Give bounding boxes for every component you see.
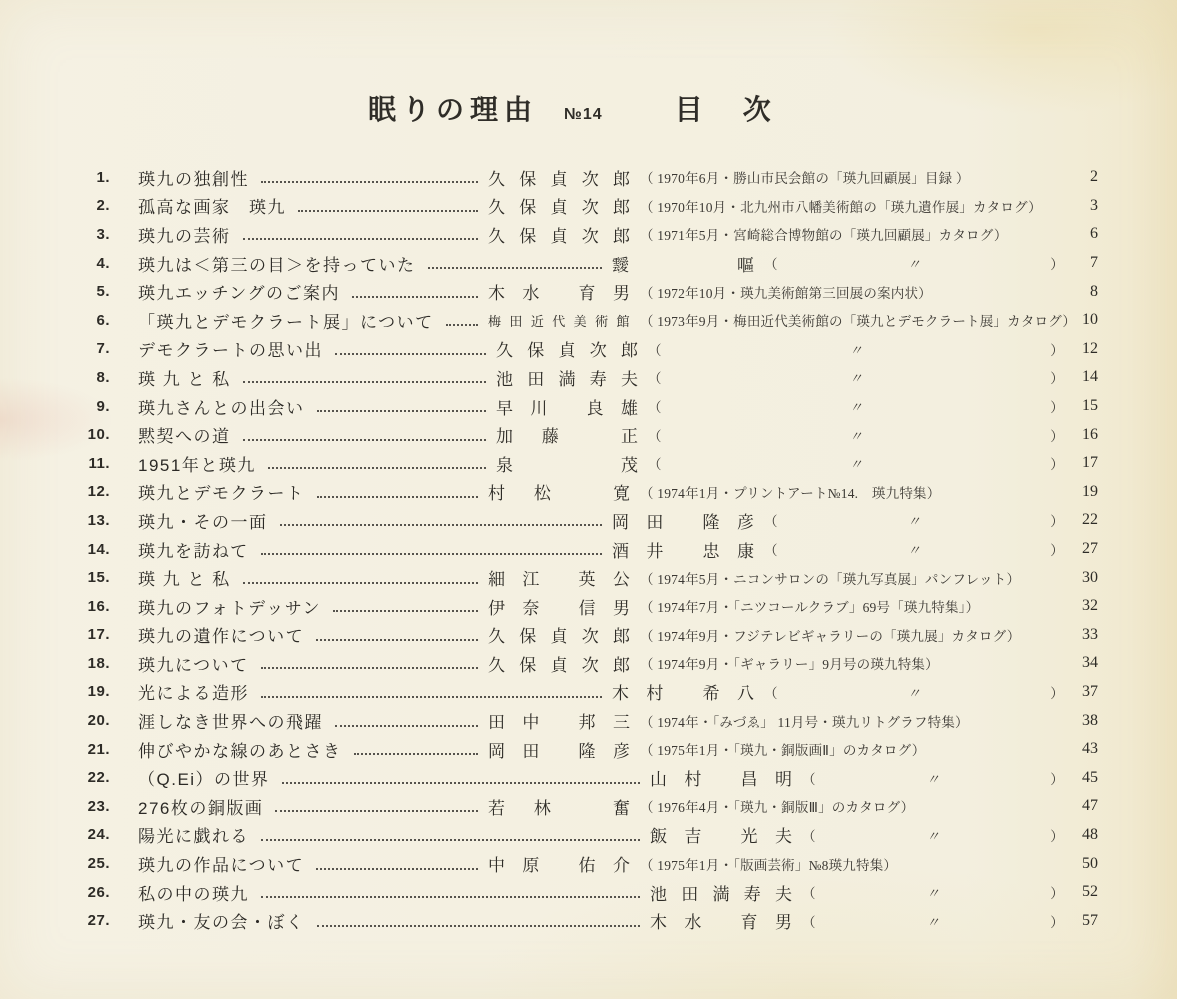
item-title: 瑛九の芸術 bbox=[138, 222, 231, 247]
item-title: 瑛九の遺作について bbox=[138, 622, 304, 647]
toc-row: 5. 瑛九エッチングのご案内 木水 育男 （ 1972年10月・瑛九美術館第三回… bbox=[66, 277, 1098, 306]
series-title: 眠りの理由 bbox=[368, 88, 538, 128]
item-number: 20. bbox=[66, 712, 110, 729]
item-note: （〃） bbox=[648, 339, 1064, 359]
item-number: 23. bbox=[66, 798, 110, 815]
item-number: 12. bbox=[66, 483, 110, 500]
issue-number: №14 bbox=[564, 106, 603, 124]
toc-row: 14. 瑛九を訪ねて 酒井 忠康 （〃） 27 bbox=[66, 535, 1098, 564]
item-author: 細江 英公 bbox=[488, 565, 630, 590]
dotted-leader bbox=[317, 925, 641, 927]
item-note: （〃） bbox=[648, 453, 1064, 473]
item-note: （ 1972年10月・瑛九美術館第三回展の案内状） bbox=[640, 282, 1064, 302]
toc-row: 13. 瑛九・その一面 岡田 隆彦 （〃） 22 bbox=[66, 506, 1098, 535]
scanned-toc-page: 眠りの理由 №14 目 次 1. 瑛九の独創性 久保貞次郎 （ 1970年6月・… bbox=[0, 0, 1177, 999]
item-note: （ 1970年6月・勝山市民会館の「瑛九回顧展」目録 ） bbox=[640, 167, 1064, 187]
item-page-number: 27 bbox=[1064, 540, 1098, 558]
item-note: （ 1974年・「みづゑ」 11月号・瑛九リトグラフ特集） bbox=[640, 711, 1064, 731]
item-note: （〃） bbox=[764, 682, 1064, 702]
item-page-number: 16 bbox=[1064, 426, 1098, 444]
dotted-leader bbox=[428, 267, 603, 269]
item-title: 瑛九の作品について bbox=[138, 851, 304, 876]
item-page-number: 47 bbox=[1064, 797, 1098, 815]
item-number: 18. bbox=[66, 655, 110, 672]
item-author: 梅田近代美術館 bbox=[488, 311, 630, 330]
item-note: （ 1976年4月・「瑛九・銅版Ⅲ」のカタログ） bbox=[640, 796, 1064, 816]
toc-row: 23. 276枚の銅版画 若林 奮 （ 1976年4月・「瑛九・銅版Ⅲ」のカタロ… bbox=[66, 792, 1098, 821]
toc-row: 1. 瑛九の独創性 久保貞次郎 （ 1970年6月・勝山市民会館の「瑛九回顧展」… bbox=[66, 163, 1098, 192]
dotted-leader bbox=[333, 610, 478, 612]
item-title: 瑛九・その一面 bbox=[138, 508, 268, 533]
item-number: 17. bbox=[66, 626, 110, 643]
item-note: （ 1971年5月・宮崎総合博物館の「瑛九回顧展」カタログ） bbox=[640, 224, 1064, 244]
dotted-leader bbox=[316, 868, 478, 870]
item-author: 泉 茂 bbox=[496, 451, 638, 476]
item-number: 4. bbox=[66, 255, 110, 272]
dotted-leader bbox=[261, 696, 602, 698]
item-title: 瑛九のフォトデッサン bbox=[138, 594, 321, 619]
item-number: 7. bbox=[66, 340, 110, 357]
item-number: 9. bbox=[66, 398, 110, 415]
item-page-number: 12 bbox=[1064, 340, 1098, 358]
dotted-leader bbox=[261, 839, 640, 841]
item-number: 2. bbox=[66, 197, 110, 214]
item-title: 孤高な画家 瑛九 bbox=[138, 193, 286, 218]
item-note: （ 1974年7月・「ニツコールクラブ」69号「瑛九特集」） bbox=[640, 596, 1064, 616]
toc-row: 12. 瑛九とデモクラート 村松 寛 （ 1974年1月・プリントアート№14.… bbox=[66, 478, 1098, 507]
item-title: 瑛九を訪ねて bbox=[138, 537, 249, 562]
dotted-leader bbox=[446, 324, 478, 326]
toc-row: 8. 瑛 九 と 私 池田満寿夫 （〃） 14 bbox=[66, 363, 1098, 392]
dotted-leader bbox=[298, 210, 478, 212]
item-page-number: 57 bbox=[1064, 912, 1098, 930]
dotted-leader bbox=[280, 524, 603, 526]
item-note: （〃） bbox=[802, 768, 1064, 788]
item-note: （ 1974年9月・フジテレビギャラリーの「瑛九展」カタログ） bbox=[640, 625, 1064, 645]
item-page-number: 45 bbox=[1064, 769, 1098, 787]
toc-row: 27. 瑛九・友の会・ぼく 木水 育男 （〃） 57 bbox=[66, 906, 1098, 935]
toc-row: 26. 私の中の瑛九 池田満寿夫 （〃） 52 bbox=[66, 878, 1098, 907]
item-author: 飯吉 光夫 bbox=[650, 822, 792, 847]
item-page-number: 34 bbox=[1064, 654, 1098, 672]
item-number: 16. bbox=[66, 598, 110, 615]
item-note: （〃） bbox=[648, 425, 1064, 445]
dotted-leader bbox=[268, 467, 486, 469]
item-title: 瑛九とデモクラート bbox=[138, 479, 305, 504]
dotted-leader bbox=[335, 353, 486, 355]
toc-row: 22. （Q.Ei）の世界 山村 昌明 （〃） 45 bbox=[66, 763, 1098, 792]
item-author: 木水 育男 bbox=[488, 279, 630, 304]
item-author: 池田満寿夫 bbox=[496, 365, 638, 390]
item-number: 3. bbox=[66, 226, 110, 243]
item-title: 瑛九さんとの出会い bbox=[138, 394, 305, 419]
item-title: 瑛 九 と 私 bbox=[138, 565, 231, 590]
item-author: 久保貞次郎 bbox=[488, 222, 630, 247]
item-author: 靉 嘔 bbox=[612, 251, 754, 276]
item-page-number: 22 bbox=[1064, 511, 1098, 529]
item-page-number: 43 bbox=[1064, 740, 1098, 758]
item-note: （〃） bbox=[764, 539, 1064, 559]
item-author: 久保貞次郎 bbox=[488, 165, 630, 190]
item-page-number: 10 bbox=[1064, 311, 1098, 329]
item-author: 岡田 隆彦 bbox=[612, 508, 754, 533]
item-number: 24. bbox=[66, 826, 110, 843]
item-author: 久保貞次郎 bbox=[496, 336, 638, 361]
item-title: 陽光に戯れる bbox=[138, 822, 249, 847]
item-number: 27. bbox=[66, 912, 110, 929]
item-page-number: 30 bbox=[1064, 569, 1098, 587]
dotted-leader bbox=[352, 296, 478, 298]
item-note: （ 1974年5月・ニコンサロンの「瑛九写真展」パンフレット） bbox=[640, 568, 1064, 588]
item-note: （ 1973年9月・梅田近代美術館の「瑛九とデモクラート展」カタログ） bbox=[640, 310, 1064, 330]
item-author: 酒井 忠康 bbox=[612, 537, 754, 562]
toc-row: 10. 黙契への道 加藤 正 （〃） 16 bbox=[66, 420, 1098, 449]
item-page-number: 2 bbox=[1064, 168, 1098, 186]
dotted-leader bbox=[243, 439, 487, 441]
dotted-leader bbox=[243, 238, 479, 240]
dotted-leader bbox=[261, 553, 602, 555]
item-title: 黙契への道 bbox=[138, 422, 231, 447]
item-number: 15. bbox=[66, 569, 110, 586]
item-author: 岡田 隆彦 bbox=[488, 737, 630, 762]
item-author: 木水 育男 bbox=[650, 908, 792, 933]
item-page-number: 7 bbox=[1064, 254, 1098, 272]
item-author: 久保貞次郎 bbox=[488, 651, 630, 676]
toc-row: 17. 瑛九の遺作について 久保貞次郎 （ 1974年9月・フジテレビギャラリー… bbox=[66, 621, 1098, 650]
item-author: 田中 邦三 bbox=[488, 708, 630, 733]
toc-row: 4. 瑛九は＜第三の目＞を持っていた 靉 嘔 （〃） 7 bbox=[66, 249, 1098, 278]
toc-heading: 目 次 bbox=[675, 88, 777, 128]
toc-row: 7. デモクラートの思い出 久保貞次郎 （〃） 12 bbox=[66, 335, 1098, 364]
item-page-number: 32 bbox=[1064, 597, 1098, 615]
toc-row: 9. 瑛九さんとの出会い 早川 良雄 （〃） 15 bbox=[66, 392, 1098, 421]
toc-row: 20. 涯しなき世界への飛躍 田中 邦三 （ 1974年・「みづゑ」 11月号・… bbox=[66, 706, 1098, 735]
item-title: 伸びやかな線のあとさき bbox=[138, 737, 342, 762]
item-author: 中原 佑介 bbox=[488, 851, 630, 876]
item-number: 10. bbox=[66, 426, 110, 443]
item-title: 「瑛九とデモクラート展」について bbox=[138, 308, 434, 333]
item-author: 若林 奮 bbox=[488, 794, 630, 819]
dotted-leader bbox=[282, 782, 640, 784]
item-title: 276枚の銅版画 bbox=[138, 794, 263, 819]
dotted-leader bbox=[261, 667, 478, 669]
item-author: 木村 希八 bbox=[612, 679, 754, 704]
item-author: 伊奈 信男 bbox=[488, 594, 630, 619]
item-page-number: 38 bbox=[1064, 712, 1098, 730]
item-title: 瑛九エッチングのご案内 bbox=[138, 279, 340, 304]
dotted-leader bbox=[275, 810, 478, 812]
item-number: 6. bbox=[66, 312, 110, 329]
item-note: （ 1975年1月・「版画芸術」№8瑛九特集） bbox=[640, 854, 1064, 874]
page-title: 眠りの理由 №14 目 次 bbox=[0, 0, 1177, 128]
item-title: 1951年と瑛九 bbox=[138, 451, 256, 476]
item-author: 久保貞次郎 bbox=[488, 622, 630, 647]
item-page-number: 19 bbox=[1064, 483, 1098, 501]
dotted-leader bbox=[261, 896, 640, 898]
dotted-leader bbox=[261, 181, 478, 183]
item-number: 26. bbox=[66, 884, 110, 901]
dotted-leader bbox=[317, 496, 479, 498]
toc-row: 19. 光による造形 木村 希八 （〃） 37 bbox=[66, 678, 1098, 707]
item-page-number: 3 bbox=[1064, 197, 1098, 215]
item-note: （ 1975年1月・「瑛九・銅版画Ⅱ」のカタログ） bbox=[640, 739, 1064, 759]
toc-row: 24. 陽光に戯れる 飯吉 光夫 （〃） 48 bbox=[66, 821, 1098, 850]
item-note: （ 1970年10月・北九州市八幡美術館の「瑛九遺作展」カタログ） bbox=[640, 196, 1064, 216]
item-page-number: 17 bbox=[1064, 454, 1098, 472]
toc-row: 16. 瑛九のフォトデッサン 伊奈 信男 （ 1974年7月・「ニツコールクラブ… bbox=[66, 592, 1098, 621]
item-title: 瑛九・友の会・ぼく bbox=[138, 908, 305, 933]
item-title: デモクラートの思い出 bbox=[138, 336, 323, 361]
item-page-number: 50 bbox=[1064, 855, 1098, 873]
toc-row: 2. 孤高な画家 瑛九 久保貞次郎 （ 1970年10月・北九州市八幡美術館の「… bbox=[66, 192, 1098, 221]
item-note: （〃） bbox=[764, 253, 1064, 273]
item-number: 19. bbox=[66, 683, 110, 700]
item-author: 村松 寛 bbox=[488, 479, 630, 504]
toc-row: 25. 瑛九の作品について 中原 佑介 （ 1975年1月・「版画芸術」№8瑛九… bbox=[66, 849, 1098, 878]
toc-row: 15. 瑛 九 と 私 細江 英公 （ 1974年5月・ニコンサロンの「瑛九写真… bbox=[66, 563, 1098, 592]
item-number: 5. bbox=[66, 283, 110, 300]
item-note: （〃） bbox=[648, 396, 1064, 416]
item-number: 13. bbox=[66, 512, 110, 529]
dotted-leader bbox=[316, 639, 478, 641]
toc-row: 21. 伸びやかな線のあとさき 岡田 隆彦 （ 1975年1月・「瑛九・銅版画Ⅱ… bbox=[66, 735, 1098, 764]
item-number: 11. bbox=[66, 455, 110, 472]
item-page-number: 33 bbox=[1064, 626, 1098, 644]
item-number: 25. bbox=[66, 855, 110, 872]
item-page-number: 15 bbox=[1064, 397, 1098, 415]
item-page-number: 14 bbox=[1064, 368, 1098, 386]
toc-row: 18. 瑛九について 久保貞次郎 （ 1974年9月・「ギャラリー」9月号の瑛九… bbox=[66, 649, 1098, 678]
item-author: 久保貞次郎 bbox=[488, 193, 630, 218]
toc-row: 11. 1951年と瑛九 泉 茂 （〃） 17 bbox=[66, 449, 1098, 478]
item-author: 早川 良雄 bbox=[496, 394, 638, 419]
item-number: 8. bbox=[66, 369, 110, 386]
item-note: （ 1974年1月・プリントアート№14. 瑛九特集） bbox=[640, 482, 1064, 502]
item-title: 瑛九について bbox=[138, 651, 249, 676]
item-page-number: 52 bbox=[1064, 883, 1098, 901]
item-page-number: 6 bbox=[1064, 225, 1098, 243]
item-author: 池田満寿夫 bbox=[650, 880, 792, 905]
item-title: 瑛 九 と 私 bbox=[138, 365, 231, 390]
item-note: （ 1974年9月・「ギャラリー」9月号の瑛九特集） bbox=[640, 653, 1064, 673]
dotted-leader bbox=[354, 753, 479, 755]
item-note: （〃） bbox=[648, 367, 1064, 387]
item-page-number: 48 bbox=[1064, 826, 1098, 844]
toc-row: 3. 瑛九の芸術 久保貞次郎 （ 1971年5月・宮崎総合博物館の「瑛九回顧展」… bbox=[66, 220, 1098, 249]
dotted-leader bbox=[335, 725, 478, 727]
item-title: 瑛九は＜第三の目＞を持っていた bbox=[138, 251, 416, 276]
dotted-leader bbox=[317, 410, 487, 412]
dotted-leader bbox=[243, 582, 478, 584]
item-page-number: 37 bbox=[1064, 683, 1098, 701]
item-author: 加藤 正 bbox=[496, 422, 638, 447]
toc-row: 6. 「瑛九とデモクラート展」について 梅田近代美術館 （ 1973年9月・梅田… bbox=[66, 306, 1098, 335]
dotted-leader bbox=[243, 381, 486, 383]
item-title: 光による造形 bbox=[138, 679, 249, 704]
item-title: 涯しなき世界への飛躍 bbox=[138, 708, 323, 733]
toc-list: 1. 瑛九の独創性 久保貞次郎 （ 1970年6月・勝山市民会館の「瑛九回顧展」… bbox=[0, 163, 1177, 935]
item-note: （〃） bbox=[802, 911, 1064, 931]
item-number: 14. bbox=[66, 541, 110, 558]
item-note: （〃） bbox=[802, 882, 1064, 902]
item-page-number: 8 bbox=[1064, 283, 1098, 301]
item-title: （Q.Ei）の世界 bbox=[138, 765, 270, 790]
item-number: 22. bbox=[66, 769, 110, 786]
item-number: 21. bbox=[66, 741, 110, 758]
item-title: 私の中の瑛九 bbox=[138, 880, 249, 905]
item-note: （〃） bbox=[764, 510, 1064, 530]
item-note: （〃） bbox=[802, 825, 1064, 845]
item-number: 1. bbox=[66, 169, 110, 186]
item-title: 瑛九の独創性 bbox=[138, 165, 249, 190]
item-author: 山村 昌明 bbox=[650, 765, 792, 790]
